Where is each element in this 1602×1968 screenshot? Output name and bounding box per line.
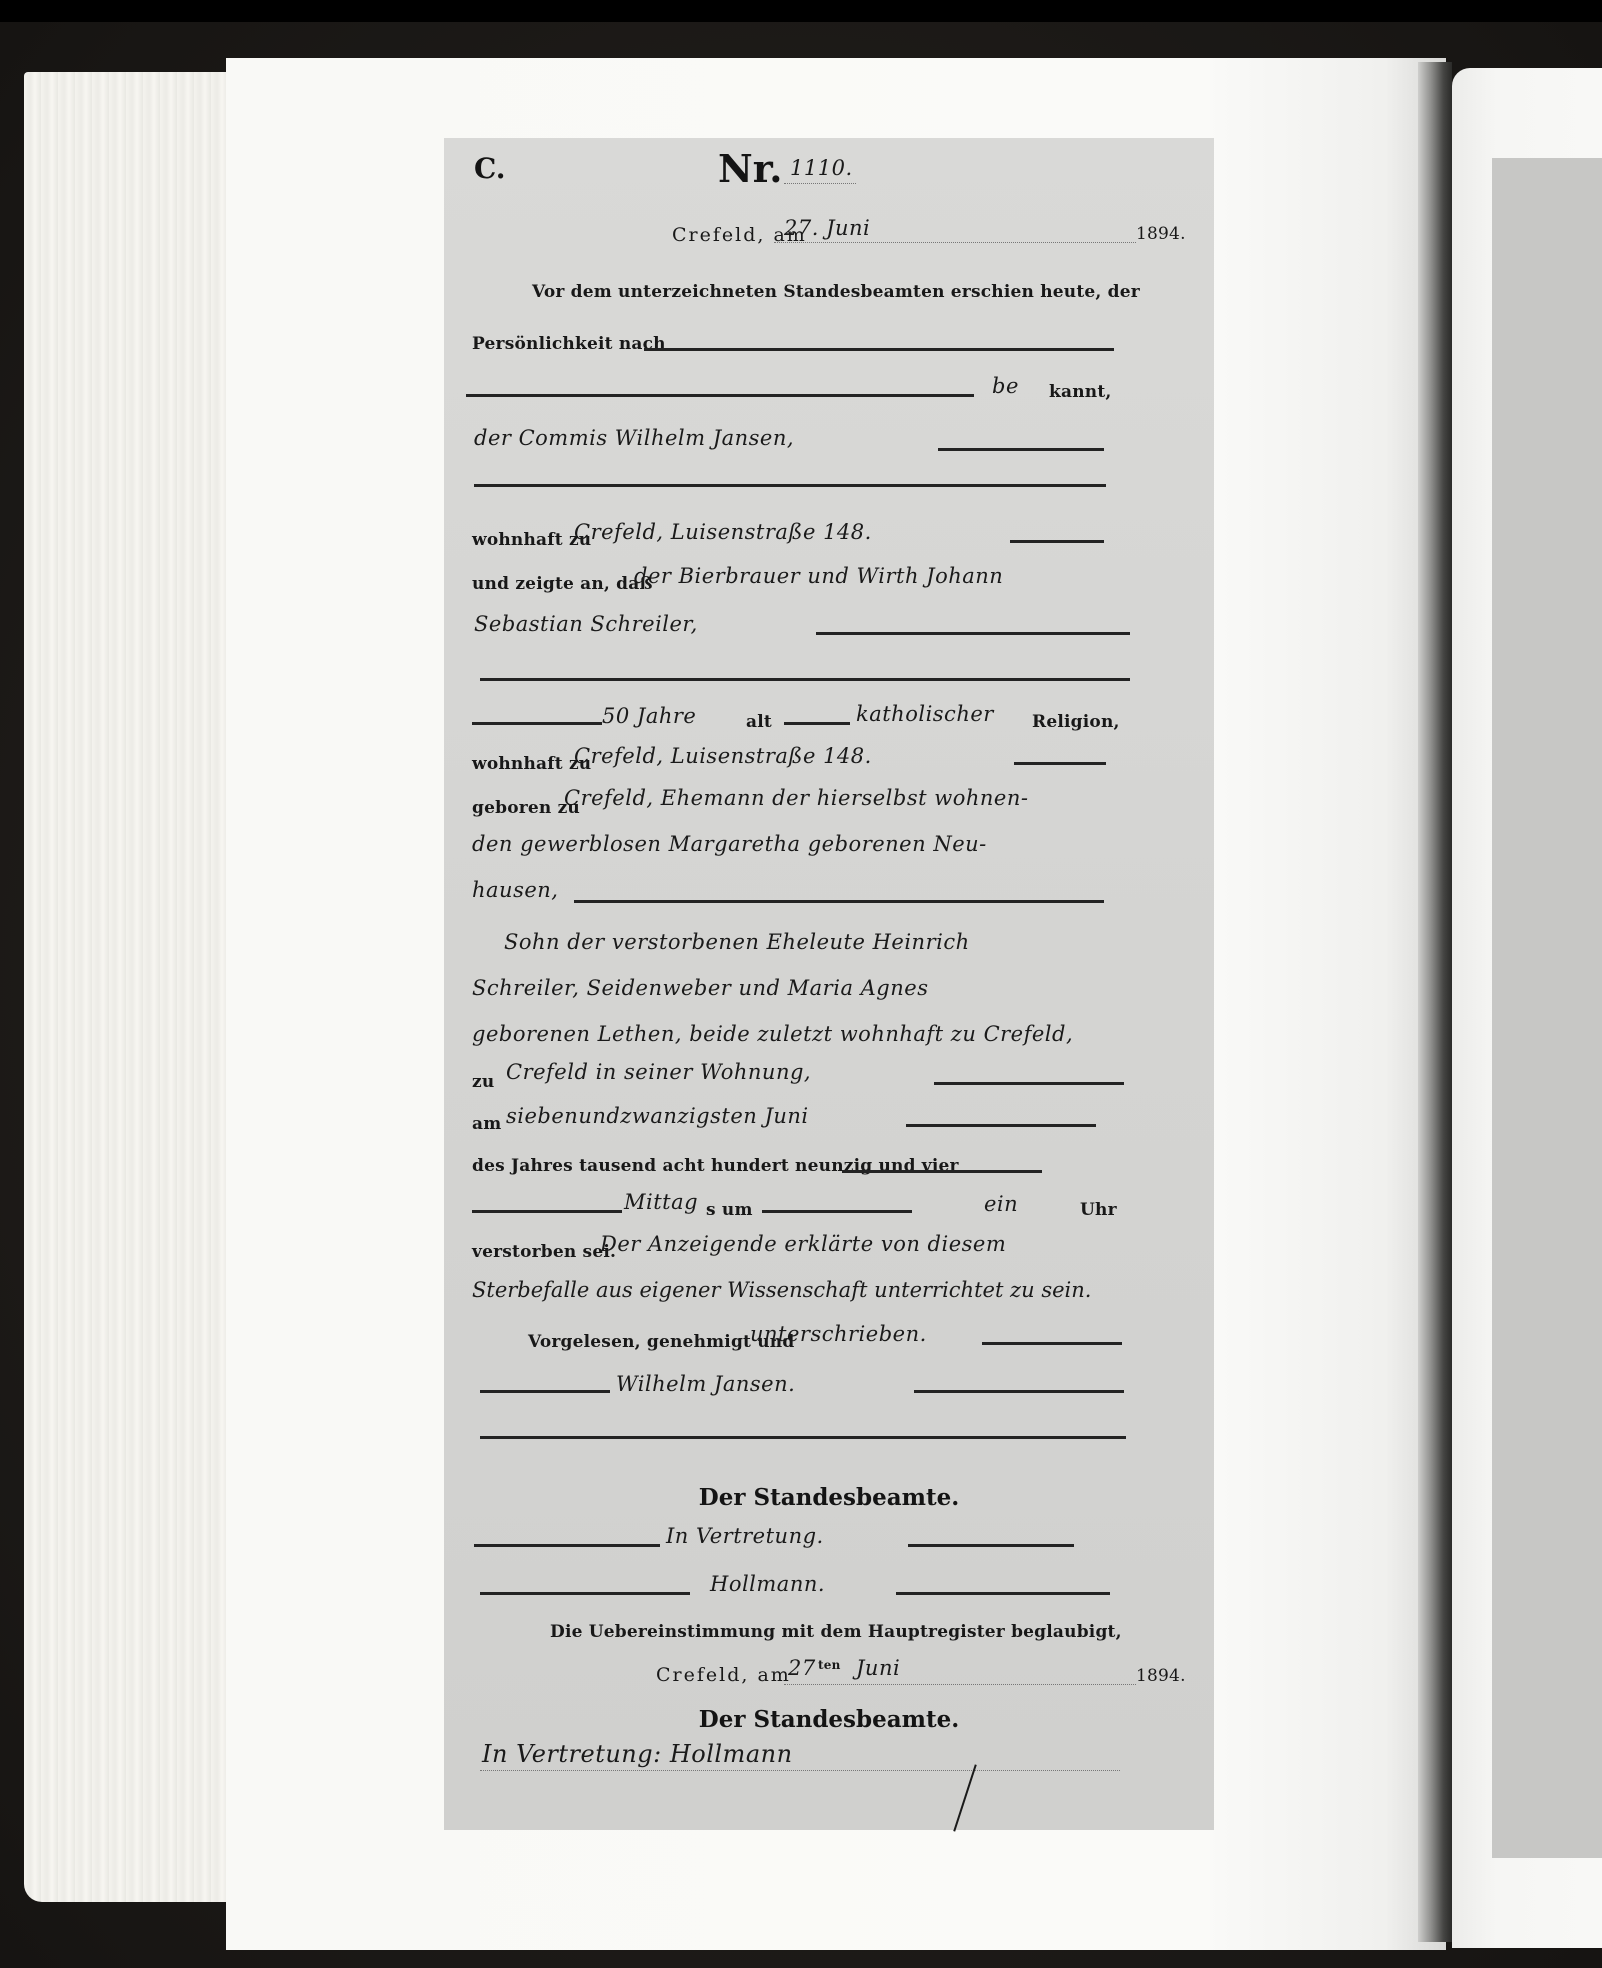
book-page-right	[1452, 68, 1602, 1948]
born-line2: den gewerblosen Margaretha geborenen Neu…	[472, 832, 987, 856]
place-of-death-label: zu	[472, 1072, 494, 1092]
cert-day-suffix: ten	[818, 1658, 841, 1672]
blank-rule	[480, 1592, 690, 1595]
adjacent-record-edge	[1492, 158, 1602, 1858]
record-number-value: 1110.	[790, 156, 853, 180]
certification-text: Die Uebereinstimmung mit dem Hauptregist…	[550, 1622, 1122, 1642]
blank-rule	[1010, 540, 1104, 543]
blank-rule	[784, 722, 850, 725]
window-title-bar: /Abt_Rheinland/PA_3103/~174/17454/R_PA_3…	[0, 0, 1602, 22]
blank-rule	[1014, 762, 1106, 765]
deceased-name-line2: Sebastian Schreiler,	[474, 612, 698, 636]
time-suffix: s um	[706, 1200, 753, 1220]
death-date: siebenundzwanzigsten Juni	[506, 1104, 809, 1128]
blank-rule	[842, 1170, 1042, 1173]
cert-year: 1894.	[1136, 1666, 1186, 1686]
informant-signature: Wilhelm Jansen.	[616, 1372, 795, 1396]
deceased-residence: Crefeld, Luisenstraße 148.	[574, 744, 872, 768]
signature-flourish	[953, 1764, 977, 1831]
blank-rule	[474, 1544, 660, 1547]
blank-rule	[472, 1210, 622, 1213]
blank-rule	[934, 1082, 1124, 1085]
record-number-label: Nr.	[718, 146, 783, 191]
registrar-heading: Der Standesbeamte.	[444, 1484, 1214, 1511]
parents-line2: Schreiler, Seidenweber und Maria Agnes	[472, 976, 928, 1000]
registrar-name: Hollmann.	[710, 1572, 825, 1596]
intro-text: Vor dem unterzeichneten Standesbeamten e…	[532, 282, 1140, 302]
blank-rule	[644, 348, 1114, 351]
time-of-day: Mittag	[624, 1190, 698, 1214]
blank-rule	[816, 632, 1130, 635]
known-prefix: be	[992, 374, 1019, 398]
blank-rule	[762, 1210, 912, 1213]
registrar-deputy: In Vertretung.	[666, 1524, 824, 1548]
time-hour: ein	[984, 1192, 1018, 1216]
blank-rule	[480, 678, 1130, 681]
cert-month: Juni	[856, 1656, 900, 1680]
born-line1: Crefeld, Ehemann der hierselbst wohnen-	[564, 786, 1028, 810]
cert-signature: In Vertretung: Hollmann	[482, 1740, 793, 1768]
informant-name: der Commis Wilhelm Jansen,	[474, 426, 794, 450]
born-line3: hausen,	[472, 878, 558, 902]
cert-heading: Der Standesbeamte.	[444, 1706, 1214, 1733]
dotted-line	[784, 183, 856, 184]
place-of-death: Crefeld in seiner Wohnung,	[506, 1060, 811, 1084]
religion-label: Religion,	[1032, 712, 1120, 732]
parents-line1: Sohn der verstorbenen Eheleute Heinrich	[504, 930, 970, 954]
blank-rule	[896, 1592, 1110, 1595]
cert-place: Crefeld, am	[656, 1664, 791, 1686]
remark-line2: Sterbefalle aus eigener Wissenschaft unt…	[472, 1278, 1091, 1302]
deceased-religion: katholischer	[856, 702, 994, 726]
dotted-line	[774, 242, 1136, 243]
known-suffix: kannt,	[1049, 382, 1112, 402]
book-page-stack	[24, 72, 229, 1902]
informant-residence: Crefeld, Luisenstraße 148.	[574, 520, 872, 544]
blank-rule	[472, 722, 602, 725]
blank-rule	[938, 448, 1104, 451]
cert-day: 27	[788, 1656, 816, 1680]
form-letter: C.	[474, 152, 506, 185]
year-text: des Jahres tausend acht hundert neunzig …	[472, 1156, 959, 1176]
blank-rule	[474, 484, 1106, 487]
deceased-age: 50 Jahre	[602, 704, 696, 728]
blank-rule	[480, 1390, 610, 1393]
died-label: verstorben sei.	[472, 1242, 616, 1262]
age-label: alt	[746, 712, 772, 732]
report-label: und zeigte an, daß	[472, 574, 653, 594]
read-value: unterschrieben.	[750, 1322, 927, 1346]
blank-rule	[466, 394, 974, 397]
parents-line3: geborenen Lethen, beide zuletzt wohnhaft…	[472, 1022, 1073, 1046]
deceased-name-line1: der Bierbrauer und Wirth Johann	[634, 564, 1003, 588]
time-unit: Uhr	[1080, 1200, 1117, 1220]
blank-rule	[574, 900, 1104, 903]
record-date: 27. Juni	[784, 216, 870, 240]
blank-rule	[914, 1390, 1124, 1393]
blank-rule	[908, 1544, 1074, 1547]
blank-rule	[906, 1124, 1096, 1127]
dotted-line	[480, 1770, 1120, 1771]
book-gutter	[1418, 62, 1452, 1942]
blank-rule	[982, 1342, 1122, 1345]
dotted-line	[784, 1684, 1136, 1685]
remark-line1: Der Anzeigende erklärte von diesem	[600, 1232, 1006, 1256]
personality-label: Persönlichkeit nach	[472, 334, 666, 354]
date-label: am	[472, 1114, 501, 1134]
death-record: C. Nr. 1110. Crefeld, am 27. Juni 1894. …	[444, 138, 1214, 1830]
blank-rule	[480, 1436, 1126, 1439]
record-year: 1894.	[1136, 224, 1186, 244]
